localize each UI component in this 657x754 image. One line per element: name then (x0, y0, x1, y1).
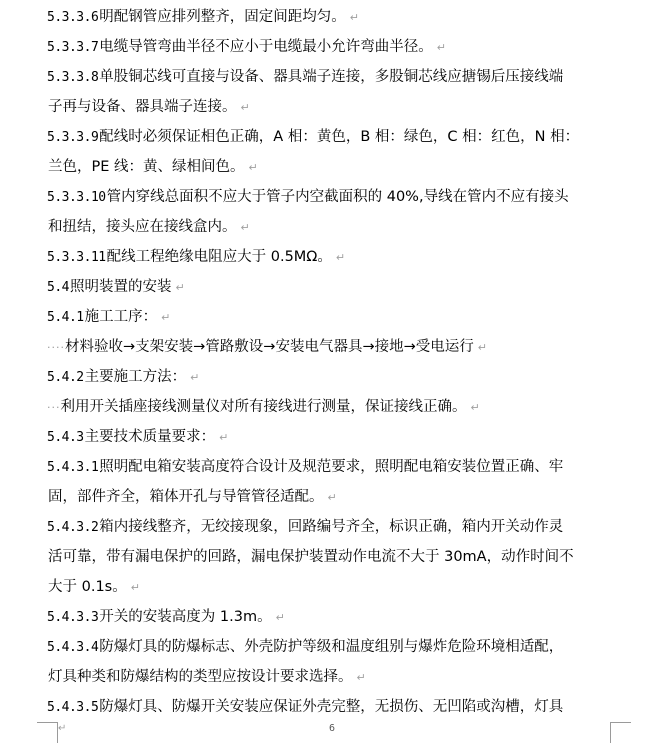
line-text: 材料验收→支架安装→管路敷设→安装电气器具→接地→受电运行 (65, 339, 474, 355)
paragraph-mark-icon: ↵ (471, 401, 480, 414)
paragraph-mark-icon: ↵ (190, 371, 199, 384)
clause-number: 5.4.1 (47, 310, 84, 325)
paragraph-line: 和扭结，接头应在接线盒内。↵ (47, 216, 617, 238)
paragraph-mark-icon: ↵ (336, 251, 345, 264)
paragraph-line: ····材料验收→支架安装→管路敷设→安装电气器具→接地→受电运行↵ (47, 336, 617, 358)
line-text: 大于 0.1s。 (48, 579, 127, 595)
paragraph-mark-icon: ↵ (276, 611, 285, 624)
line-text: 兰色，PE 线：黄、绿相间色。 (48, 159, 245, 175)
clause-number: 5.3.3.10 (47, 190, 106, 205)
paragraph-mark-icon: ↵ (161, 311, 170, 324)
paragraph-line: 活可靠，带有漏电保护的回路，漏电保护装置动作电流不大于 30mA，动作时间不 (47, 546, 617, 568)
paragraph-mark-icon: ↵ (241, 101, 250, 114)
paragraph-line: 5.4.3.4防爆灯具的防爆标志、外壳防护等级和温度组别与爆炸危险环境相适配， (47, 636, 617, 658)
paragraph-mark-icon: ↵ (437, 41, 446, 54)
subsection-heading: 5.4.1施工工序：↵ (47, 306, 617, 328)
line-text: 单股铜芯线可直接与设备、器具端子连接，多股铜芯线应搪锡后压接线端 (99, 69, 563, 85)
clause-number: 5.4.3.4 (47, 640, 98, 655)
line-text: 防爆灯具的防爆标志、外壳防护等级和温度组别与爆炸危险环境相适配， (99, 639, 563, 655)
clause-number: 5.3.3.9 (47, 130, 98, 145)
line-text: 箱内接线整齐，无绞接现象，回路编号齐全，标识正确，箱内开关动作灵 (99, 519, 563, 535)
indent-spaces: ···· (47, 341, 65, 354)
line-text: 开关的安装高度为 1.3m。 (99, 609, 271, 625)
margin-corner-mark-left (37, 722, 58, 743)
line-text: 照明配电箱安装高度符合设计及规范要求，照明配电箱安装位置正确、牢 (99, 459, 563, 475)
paragraph-mark-icon: ↵ (241, 221, 250, 234)
paragraph-mark-icon: ↵ (357, 671, 366, 684)
indent-spaces: ··· (47, 401, 61, 414)
paragraph-line: 5.3.3.6明配钢管应排列整齐，固定间距均匀。↵ (47, 6, 617, 28)
clause-number: 5.4.3.5 (47, 700, 98, 715)
paragraph-line: 5.4.3.5防爆灯具、防爆开关安装应保证外壳完整，无损伤、无凹陷或沟槽，灯具 (47, 696, 617, 718)
clause-number: 5.3.3.7 (47, 40, 98, 55)
paragraph-line: 子再与设备、器具端子连接。↵ (47, 96, 617, 118)
subsection-heading: 5.4.3主要技术质量要求：↵ (47, 426, 617, 448)
paragraph-mark-icon: ↵ (219, 431, 228, 444)
paragraph-line: 5.3.3.11配线工程绝缘电阻应大于 0.5MΩ。↵ (47, 246, 617, 268)
clause-number: 5.4.2 (47, 370, 84, 385)
paragraph-mark-icon: ↵ (350, 11, 359, 24)
paragraph-line: 固，部件齐全，箱体开孔与导管管径适配。↵ (47, 486, 617, 508)
line-text: 灯具种类和防爆结构的类型应按设计要求选择。 (48, 669, 353, 685)
paragraph-mark-icon: ↵ (328, 491, 337, 504)
paragraph-line: 大于 0.1s。↵ (47, 576, 617, 598)
line-text: 配线工程绝缘电阻应大于 0.5MΩ。 (107, 249, 332, 265)
paragraph-mark-icon: ↵ (131, 581, 140, 594)
line-text: 和扭结，接头应在接线盒内。 (48, 219, 237, 235)
line-text: 明配钢管应排列整齐，固定间距均匀。 (99, 9, 346, 25)
clause-number: 5.3.3.11 (47, 250, 106, 265)
paragraph-mark-icon: ↵ (249, 161, 258, 174)
line-text: 活可靠，带有漏电保护的回路，漏电保护装置动作电流不大于 30mA，动作时间不 (48, 549, 574, 565)
clause-number: 5.4.3.3 (47, 610, 98, 625)
line-text: 防爆灯具、防爆开关安装应保证外壳完整，无损伤、无凹陷或沟槽，灯具 (99, 699, 563, 715)
line-text: 固，部件齐全，箱体开孔与导管管径适配。 (48, 489, 324, 505)
clause-number: 5.3.3.8 (47, 70, 98, 85)
clause-number: 5.3.3.6 (47, 10, 98, 25)
line-text: 子再与设备、器具端子连接。 (48, 99, 237, 115)
paragraph-line: 兰色，PE 线：黄、绿相间色。↵ (47, 156, 617, 178)
paragraph-line: 5.3.3.7电缆导管弯曲半径不应小于电缆最小允许弯曲半径。↵ (47, 36, 617, 58)
line-text: 利用开关插座接线测量仪对所有接线进行测量，保证接线正确。 (61, 399, 467, 415)
subsection-heading: 5.4.2主要施工方法：↵ (47, 366, 617, 388)
footer-paragraph-mark-icon: ↵ (58, 723, 66, 734)
line-text: 主要施工方法： (85, 369, 187, 385)
paragraph-line: 5.3.3.10管内穿线总面积不应大于管子内空截面积的 40%,导线在管内不应有… (47, 186, 617, 208)
line-text: 照明装置的安装 (70, 279, 172, 295)
line-text: 施工工序： (85, 309, 158, 325)
margin-corner-mark-right (610, 722, 631, 743)
paragraph-line: 5.4.3.2箱内接线整齐，无绞接现象，回路编号齐全，标识正确，箱内开关动作灵 (47, 516, 617, 538)
paragraph-line: ···利用开关插座接线测量仪对所有接线进行测量，保证接线正确。↵ (47, 396, 617, 418)
line-text: 配线时必须保证相色正确，A 相：黄色，B 相：绿色，C 相：红色，N 相： (99, 129, 579, 145)
section-heading: 5.4照明装置的安装↵ (47, 276, 617, 298)
paragraph-mark-icon: ↵ (175, 281, 184, 294)
clause-number: 5.4.3 (47, 430, 84, 445)
paragraph-line: 5.4.3.1照明配电箱安装高度符合设计及规范要求，照明配电箱安装位置正确、牢 (47, 456, 617, 478)
line-text: 电缆导管弯曲半径不应小于电缆最小允许弯曲半径。 (99, 39, 433, 55)
line-text: 管内穿线总面积不应大于管子内空截面积的 40%,导线在管内不应有接头 (107, 189, 569, 205)
paragraph-line: 5.4.3.3开关的安装高度为 1.3m。↵ (47, 606, 617, 628)
paragraph-line: 5.3.3.9配线时必须保证相色正确，A 相：黄色，B 相：绿色，C 相：红色，… (47, 126, 617, 148)
line-text: 主要技术质量要求： (85, 429, 216, 445)
paragraph-mark-icon: ↵ (478, 341, 487, 354)
paragraph-line: 灯具种类和防爆结构的类型应按设计要求选择。↵ (47, 666, 617, 688)
clause-number: 5.4.3.2 (47, 520, 98, 535)
paragraph-line: 5.3.3.8单股铜芯线可直接与设备、器具端子连接，多股铜芯线应搪锡后压接线端 (47, 66, 617, 88)
clause-number: 5.4 (47, 280, 69, 295)
page-number: 6 (329, 723, 335, 734)
document-page: 5.3.3.6明配钢管应排列整齐，固定间距均匀。↵ 5.3.3.7电缆导管弯曲半… (0, 0, 657, 754)
clause-number: 5.4.3.1 (47, 460, 98, 475)
